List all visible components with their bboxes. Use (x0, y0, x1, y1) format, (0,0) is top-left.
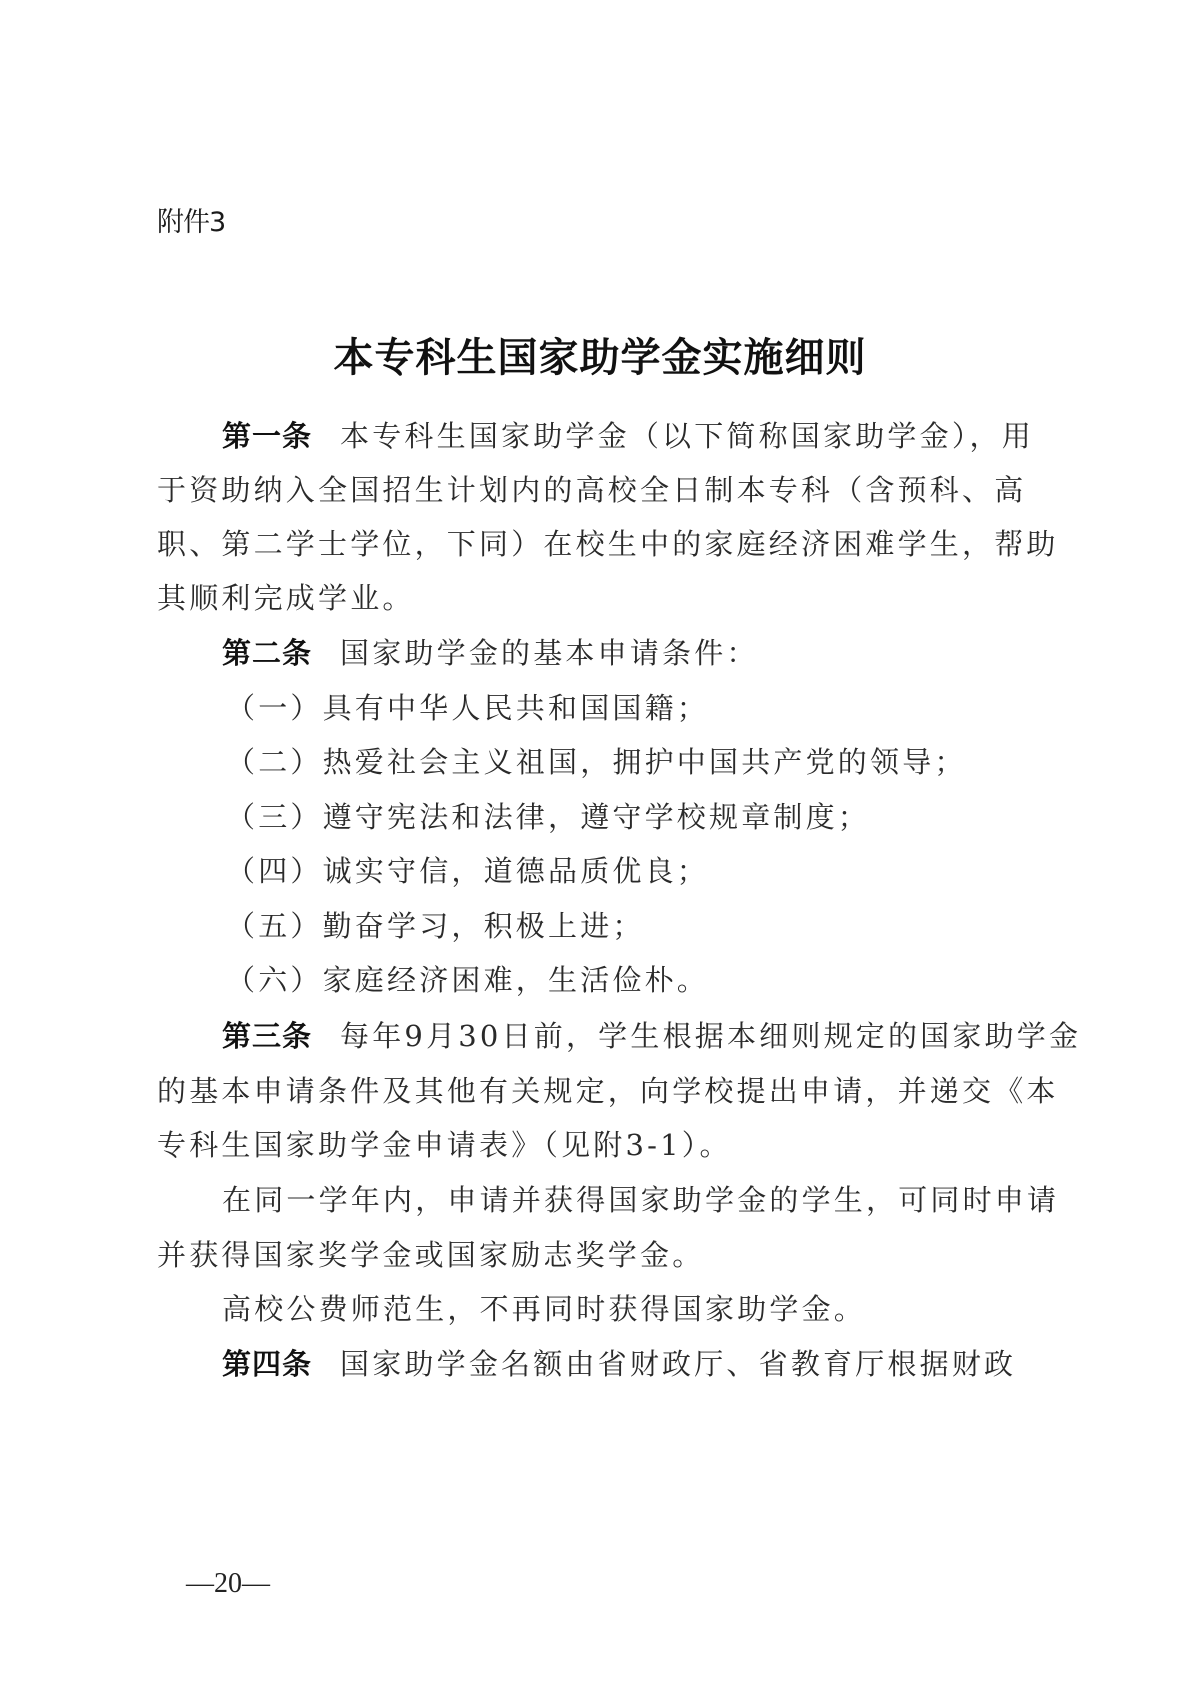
paragraph-text: 国家助学金的基本申请条件： (340, 636, 759, 670)
paragraph-line: 的基本申请条件及其他有关规定，向学校提出申请，并递交《本 (157, 1071, 1057, 1111)
article-heading: 第二条 (222, 636, 312, 670)
article-heading: 第三条 (222, 1019, 312, 1053)
condition-item: （三）遵守宪法和法律，遵守学校规章制度； (226, 797, 1126, 837)
article-heading: 第四条 (222, 1347, 312, 1381)
article-1-line: 第一条本专科生国家助学金（以下简称国家助学金），用 (222, 416, 1122, 456)
document-title: 本专科生国家助学金实施细则 (0, 326, 1200, 383)
attachment-label: 附件3 (157, 200, 225, 239)
article-3-line: 第三条每年9月30日前，学生根据本细则规定的国家助学金 (222, 1016, 1122, 1056)
paragraph-line: 职、第二学士学位，下同）在校生中的家庭经济困难学生，帮助 (157, 524, 1057, 564)
paragraph-line: 专科生国家助学金申请表》（见附3-1）。 (157, 1125, 1057, 1165)
paragraph-line: 高校公费师范生，不再同时获得国家助学金。 (222, 1289, 1122, 1329)
paragraph-line: 并获得国家奖学金或国家励志奖学金。 (157, 1235, 1057, 1275)
article-2-line: 第二条国家助学金的基本申请条件： (222, 633, 1122, 673)
condition-item: （一）具有中华人民共和国国籍； (226, 688, 1126, 728)
paragraph-line: 在同一学年内，申请并获得国家助学金的学生，可同时申请 (222, 1180, 1122, 1220)
article-4-line: 第四条国家助学金名额由省财政厅、省教育厅根据财政 (222, 1344, 1122, 1384)
page-number: —20— (186, 1568, 270, 1600)
paragraph-text: 每年9月30日前，学生根据本细则规定的国家助学金 (340, 1019, 1081, 1053)
condition-item: （二）热爱社会主义祖国，拥护中国共产党的领导； (226, 742, 1126, 782)
paragraph-line: 其顺利完成学业。 (157, 578, 1057, 618)
condition-item: （四）诚实守信，道德品质优良； (226, 851, 1126, 891)
article-heading: 第一条 (222, 419, 312, 453)
condition-item: （六）家庭经济困难，生活俭朴。 (226, 960, 1126, 1000)
condition-item: （五）勤奋学习，积极上进； (226, 906, 1126, 946)
paragraph-text: 国家助学金名额由省财政厅、省教育厅根据财政 (340, 1347, 1016, 1381)
paragraph-line: 于资助纳入全国招生计划内的高校全日制本专科（含预科、高 (157, 470, 1057, 510)
paragraph-text: 本专科生国家助学金（以下简称国家助学金），用 (340, 419, 1034, 453)
